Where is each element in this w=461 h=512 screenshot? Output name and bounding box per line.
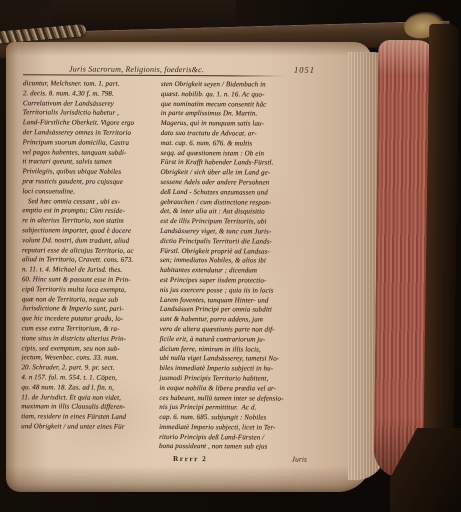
text-line: 20. Schrader, 2. part. 9. pr. sect.: [21, 363, 153, 373]
book-cover-right-edge: [423, 24, 460, 494]
text-line: quæ non de Territorio, neque sub: [22, 295, 154, 305]
printed-text-block: Juris Sacrorum, Religionis, foederis&c. …: [21, 63, 319, 465]
text-column-right-lines: sten Obrigkeit seyen / Bidembach inquæst…: [159, 80, 319, 453]
page-number: 1051: [294, 65, 315, 75]
text-line: dicuntur, Melchsner. tom. 1. part.: [23, 79, 155, 89]
text-line: 2. decis. 8. num. 4.30 f. m. 798.: [23, 89, 155, 99]
text-columns: dicuntur, Melchsner. tom. 1. part.2. dec…: [21, 79, 319, 465]
text-line: Privilegiis, quibus ubique Nobiles: [22, 167, 154, 177]
signature-mark: Rrrrr 2: [173, 454, 207, 464]
text-line: ficile erit, à naturâ contrariorum ju-: [160, 335, 318, 346]
text-line: vero de altera quæstionis parte non dif-: [160, 325, 318, 336]
text-line: bona possideant , non tamen sub ejus: [159, 442, 317, 453]
text-line: sessene Adels oder andere Persohnen: [160, 178, 318, 189]
text-line: 4. n 157. fol. m. 554. t. 1. Cöpen,: [21, 373, 153, 383]
catchword: Juris: [292, 455, 307, 465]
text-line: n. 11. t. 4. Michael de Jurisd. thes.: [22, 265, 154, 275]
text-line: subjectionem importet, quod è docere: [22, 226, 154, 236]
text-line: quæst. nobilib. qu. 1. n. 16. Ac quo-: [161, 90, 319, 101]
text-line: loci consuetudine.: [22, 187, 154, 197]
text-line: der Landsässerey omnes in Territorio: [23, 128, 155, 138]
text-line: qu. 48 num. 18. Zas. ad l. fin. n,: [21, 383, 153, 393]
text-line: præ rusticis gaudent, pro cujusque: [22, 177, 154, 187]
page-footer: Rrrrr 2 Juris: [159, 454, 317, 465]
text-line: nis jus exercere posse ; quia iis in loc…: [160, 286, 318, 297]
book-photograph: Juris Sacrorum, Religionis, foederis&c. …: [0, 0, 461, 512]
text-line: Principum suorum domicilia, Castra: [23, 138, 155, 148]
text-line: re in alterius Territorio, non statim: [22, 216, 154, 226]
text-line: est Principes super iisdem protectio-: [160, 276, 318, 287]
text-line: Landsässerey viget, & tunc cum Juris-: [160, 227, 318, 238]
text-line: jusmodi Principis Territorio habitent,: [159, 374, 317, 385]
text-line: tione situs in districtu alterius Prin-: [22, 334, 154, 344]
text-line: cum esse extra Territorium, & ra-: [22, 324, 154, 334]
text-line: immediatè Imperio subjecti, licet in Ter…: [159, 423, 317, 434]
text-line: que hic incedere putatur gradu, lo-: [22, 314, 154, 324]
text-line: sten Obrigkeit seyen / Bidembach in: [161, 80, 319, 91]
text-line: tiam, residere in eines Fürsten Land: [21, 412, 153, 422]
text-line: und Obrigkeit / und unter eines Für: [21, 422, 153, 432]
text-line: cipū Territoriis multa loca exempta,: [22, 285, 154, 295]
text-line: aliud in Territorio, Cravett. cons. 673.: [22, 256, 154, 266]
text-line: reputari esse de alicujus Territorio, ac: [22, 246, 154, 256]
text-line: volunt Dd. nostri, dum tradunt, aliud: [22, 236, 154, 246]
text-line: 60. Hinc sunt & possunt esse in Prin-: [22, 275, 154, 285]
page-header: Juris Sacrorum, Religionis, foederis&c. …: [23, 63, 319, 75]
header-rule: [23, 74, 285, 76]
running-title: Juris Sacrorum, Religionis, foederis&c.: [69, 64, 204, 74]
text-line: mat. cap. 6. num. 676. & multis: [161, 139, 319, 150]
text-column-right: sten Obrigkeit seyen / Bidembach inquæst…: [159, 80, 319, 465]
text-line: dictio Principalis Territorii die Lands-: [160, 237, 318, 248]
text-line: in eoque nobilia & libera prædia vel ar-: [159, 384, 317, 395]
text-column-left: dicuntur, Melchsner. tom. 1. part.2. dec…: [21, 79, 155, 464]
text-line: emptio est in promptu; Cùm reside-: [22, 207, 154, 217]
text-line: deß Land - Schutzes anzumassen und: [160, 188, 318, 199]
text-line: dato suo tractatu de Advocat. ar-: [161, 129, 319, 140]
